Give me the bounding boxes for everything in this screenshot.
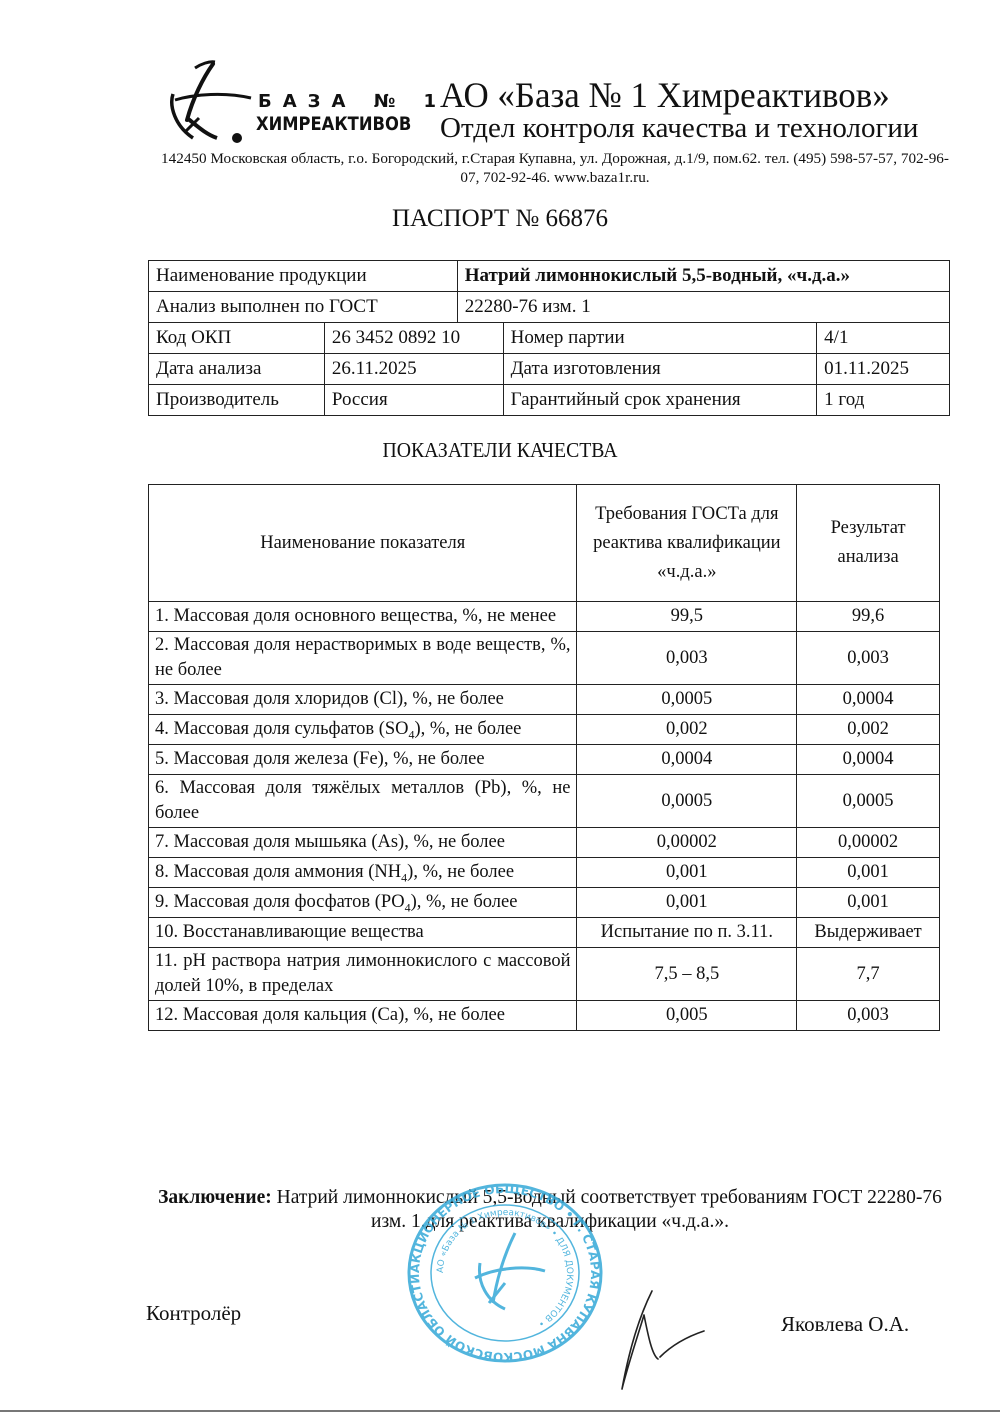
requirement-value: Испытание по п. 3.11. — [577, 918, 797, 948]
indicator-name: 9. Массовая доля фосфатов (PO4), %, не б… — [149, 888, 577, 918]
result-value: 0,0005 — [797, 775, 940, 828]
requirement-value: 0,005 — [577, 1001, 797, 1031]
result-value: 0,002 — [797, 715, 940, 745]
page-bottom-edge — [0, 1410, 1000, 1412]
product-value: Натрий лимоннокислый 5,5-водный, «ч.д.а.… — [457, 261, 949, 292]
shelf-life-label: Гарантийный срок хранения — [503, 385, 817, 416]
column-header-requirement: Требования ГОСТа для реактива квалификац… — [577, 485, 797, 602]
quality-row: 1. Массовая доля основного вещества, %, … — [149, 602, 940, 632]
indicator-name: 4. Массовая доля сульфатов (SO4), %, не … — [149, 715, 577, 745]
result-value: 0,001 — [797, 858, 940, 888]
indicator-name: 2. Массовая доля нерастворимых в воде ве… — [149, 632, 577, 685]
company-address: 142450 Московская область, г.о. Богородс… — [160, 149, 950, 187]
info-row-gost: Анализ выполнен по ГОСТ 22280-76 изм. 1 — [149, 292, 950, 323]
product-info-table: Наименование продукции Натрий лимоннокис… — [148, 260, 950, 416]
indicator-name: 8. Массовая доля аммония (NH4), %, не бо… — [149, 858, 577, 888]
indicator-name: 6. Массовая доля тяжёлых металлов (Pb), … — [149, 775, 577, 828]
result-value: 99,6 — [797, 602, 940, 632]
result-value: 0,0004 — [797, 685, 940, 715]
signature-icon — [600, 1285, 710, 1395]
requirement-value: 0,0005 — [577, 685, 797, 715]
indicator-name: 10. Восстанавливающие вещества — [149, 918, 577, 948]
controller-label: Контролёр — [146, 1301, 241, 1326]
manufacture-date-value: 01.11.2025 — [817, 354, 950, 385]
quality-row: 12. Массовая доля кальция (Ca), %, не бо… — [149, 1001, 940, 1031]
quality-header-row: Наименование показателя Требования ГОСТа… — [149, 485, 940, 602]
quality-row: 10. Восстанавливающие веществаИспытание … — [149, 918, 940, 948]
result-value: 7,7 — [797, 948, 940, 1001]
info-row-okp: Код ОКП 26 3452 0892 10 Номер партии 4/1 — [149, 323, 950, 354]
column-header-name: Наименование показателя — [149, 485, 577, 602]
quality-row: 3. Массовая доля хлоридов (Cl), %, не бо… — [149, 685, 940, 715]
indicator-name: 11. pH раствора натрия лимоннокислого с … — [149, 948, 577, 1001]
indicator-name: 5. Массовая доля железа (Fe), %, не боле… — [149, 745, 577, 775]
quality-row: 6. Массовая доля тяжёлых металлов (Pb), … — [149, 775, 940, 828]
quality-row: 2. Массовая доля нерастворимых в воде ве… — [149, 632, 940, 685]
requirement-value: 0,002 — [577, 715, 797, 745]
quality-row: 7. Массовая доля мышьяка (As), %, не бол… — [149, 828, 940, 858]
result-value: 0,00002 — [797, 828, 940, 858]
quality-row: 8. Массовая доля аммония (NH4), %, не бо… — [149, 858, 940, 888]
result-value: 0,003 — [797, 632, 940, 685]
logo-text-bottom: ХИМРЕАКТИВОВ — [256, 113, 411, 135]
indicator-name: 12. Массовая доля кальция (Ca), %, не бо… — [149, 1001, 577, 1031]
requirement-value: 0,001 — [577, 888, 797, 918]
indicator-name: 1. Массовая доля основного вещества, %, … — [149, 602, 577, 632]
quality-section-title: ПОКАЗАТЕЛИ КАЧЕСТВА — [30, 438, 970, 463]
result-value: Выдерживает — [797, 918, 940, 948]
logo-text-top: БАЗА № 1 — [258, 91, 447, 112]
analysis-date-value: 26.11.2025 — [324, 354, 503, 385]
requirement-value: 0,0004 — [577, 745, 797, 775]
quality-row: 4. Массовая доля сульфатов (SO4), %, не … — [149, 715, 940, 745]
result-value: 0,003 — [797, 1001, 940, 1031]
shelf-life-value: 1 год — [817, 385, 950, 416]
producer-label: Производитель — [149, 385, 325, 416]
gost-label: Анализ выполнен по ГОСТ — [149, 292, 458, 323]
result-value: 0,0004 — [797, 745, 940, 775]
okp-label: Код ОКП — [149, 323, 325, 354]
okp-value: 26 3452 0892 10 — [324, 323, 503, 354]
signer-name: Яковлева О.А. — [781, 1312, 909, 1337]
requirement-value: 0,00002 — [577, 828, 797, 858]
requirement-value: 0,001 — [577, 858, 797, 888]
result-value: 0,001 — [797, 888, 940, 918]
quality-indicators-table: Наименование показателя Требования ГОСТа… — [148, 484, 940, 1031]
indicator-name: 3. Массовая доля хлоридов (Cl), %, не бо… — [149, 685, 577, 715]
quality-row: 11. pH раствора натрия лимоннокислого с … — [149, 948, 940, 1001]
info-row-producer: Производитель Россия Гарантийный срок хр… — [149, 385, 950, 416]
passport-title: ПАСПОРТ № 66876 — [0, 205, 1000, 233]
producer-value: Россия — [324, 385, 503, 416]
requirement-value: 0,003 — [577, 632, 797, 685]
gost-value: 22280-76 изм. 1 — [457, 292, 949, 323]
requirement-value: 7,5 – 8,5 — [577, 948, 797, 1001]
info-row-product: Наименование продукции Натрий лимоннокис… — [149, 261, 950, 292]
requirement-value: 0,0005 — [577, 775, 797, 828]
conclusion-text: Натрий лимоннокислый 5,5-водный соответс… — [272, 1187, 942, 1232]
requirement-value: 99,5 — [577, 602, 797, 632]
quality-row: 5. Массовая доля железа (Fe), %, не боле… — [149, 745, 940, 775]
quality-row: 9. Массовая доля фосфатов (PO4), %, не б… — [149, 888, 940, 918]
batch-label: Номер партии — [503, 323, 817, 354]
indicator-name: 7. Массовая доля мышьяка (As), %, не бол… — [149, 828, 577, 858]
info-row-dates: Дата анализа 26.11.2025 Дата изготовлени… — [149, 354, 950, 385]
department-name: Отдел контроля качества и технологии — [440, 112, 918, 145]
manufacture-date-label: Дата изготовления — [503, 354, 817, 385]
company-logo-icon — [165, 58, 255, 146]
conclusion-label: Заключение: — [158, 1187, 272, 1208]
product-label: Наименование продукции — [149, 261, 458, 292]
batch-value: 4/1 — [817, 323, 950, 354]
organization-name: АО «База № 1 Химреактивов» — [440, 74, 890, 116]
analysis-date-label: Дата анализа — [149, 354, 325, 385]
column-header-result: Результат анализа — [797, 485, 940, 602]
official-stamp-icon: АКЦИОНЕРНОЕ ОБЩЕСТВО • Г. СТАРАЯ КУПАВНА… — [405, 1183, 605, 1363]
